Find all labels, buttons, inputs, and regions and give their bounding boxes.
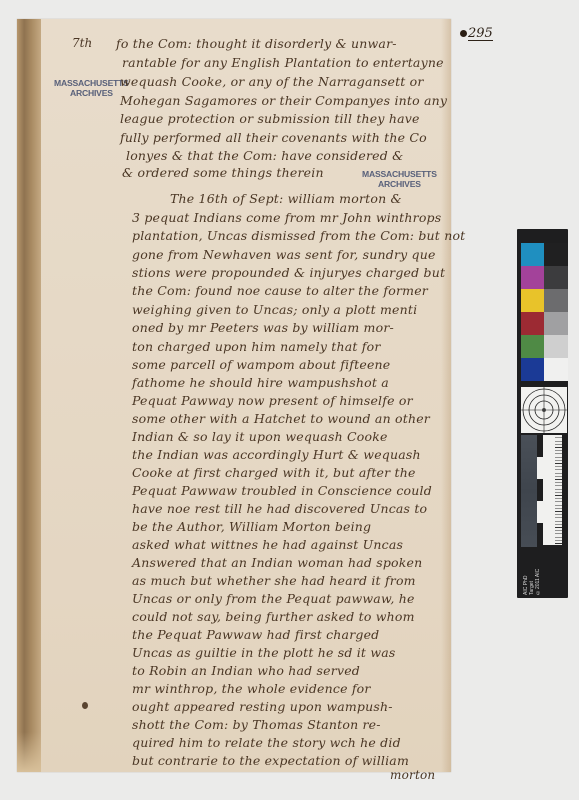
text-line: ought appeared resting upon wampush- <box>132 699 393 714</box>
text-line: Pequat Pawwaw troubled in Conscience cou… <box>132 483 432 498</box>
gray-patch-5 <box>544 335 568 358</box>
stamp-line: ARCHIVES <box>54 88 129 98</box>
gray-patch-6 <box>544 358 568 381</box>
text-line: morton <box>390 768 435 782</box>
ink-blot <box>460 30 467 37</box>
target-label: AIC PhD Target ©2011 AIC <box>523 567 563 595</box>
text-line: fathome he should hire wampushshot a <box>132 375 389 390</box>
gray-patch-2 <box>544 266 568 289</box>
green-patch <box>521 335 545 358</box>
text-line: & ordered some things therein <box>122 165 324 180</box>
text-line: could not say, being further asked to wh… <box>132 609 415 624</box>
text-line: Indian & so lay it upon wequash Cooke <box>132 429 388 444</box>
text-line: quired him to relate the story wch he di… <box>132 735 401 750</box>
archive-stamp-left: MASSACHUSETTS ARCHIVES <box>54 78 129 98</box>
text-line: plantation, Uncas dismissed from the Com… <box>132 228 465 243</box>
text-line: the Indian was accordingly Hurt & wequas… <box>132 447 421 462</box>
margin-note: 7th <box>72 36 92 50</box>
gray-patch-4 <box>544 312 568 335</box>
text-line: as much but whether she had heard it fro… <box>132 573 416 588</box>
text-line: ton charged upon him namely that for <box>132 339 381 354</box>
text-line: Uncas as guiltie in the plott he sd it w… <box>132 645 396 660</box>
text-line: lonyes & that the Com: have considered & <box>126 148 403 163</box>
binding-edge <box>17 19 41 772</box>
text-line: be the Author, William Morton being <box>132 519 371 534</box>
text-line: wequash Cooke, or any of the Narraganset… <box>120 74 424 89</box>
text-line: asked what wittnes he had against Uncas <box>132 537 403 552</box>
text-line: gone from Newhaven was sent for, sundry … <box>132 247 436 262</box>
text-line: league protection or submission till the… <box>120 111 420 126</box>
archive-stamp-right: MASSACHUSETTS ARCHIVES <box>362 169 437 189</box>
cyan-patch <box>521 243 545 266</box>
page-number: 295 <box>468 27 493 41</box>
text-line: rantable for any English Plantation to e… <box>122 55 444 70</box>
gray-patch-1 <box>544 243 568 266</box>
text-line: Answered that an Indian woman had spoken <box>132 555 422 570</box>
mm-scale-ruler <box>543 435 562 545</box>
text-line: the Com: found noe cause to alter the fo… <box>132 283 428 298</box>
text-line: 3 pequat Indians come from mr John winth… <box>132 210 441 225</box>
text-line: Pequat Pawway now present of himselfe or <box>132 393 413 408</box>
text-line: Uncas or only from the Pequat pawwaw, he <box>132 591 415 606</box>
color-calibration-target: AIC PhD Target ©2011 AIC <box>517 229 568 598</box>
text-line: Cooke at first charged with it, but afte… <box>132 465 416 480</box>
text-line: The 16th of Sept: william morton & <box>170 191 402 206</box>
text-line: fully performed all their covenants with… <box>120 130 427 145</box>
stamp-line: ARCHIVES <box>362 179 437 189</box>
text-line: have noe rest till he had discovered Unc… <box>132 501 427 516</box>
stamp-line: MASSACHUSETTS <box>54 78 129 88</box>
bullseye-target-icon <box>521 387 567 433</box>
text-line: to Robin an Indian who had served <box>132 663 360 678</box>
ink-spot <box>82 702 88 709</box>
text-line: stions were propounded & injuryes charge… <box>132 265 445 280</box>
red-patch <box>521 312 545 335</box>
text-line: but contrarie to the expectation of will… <box>132 753 409 768</box>
text-line: weighing given to Uncas; only a plott me… <box>132 302 417 317</box>
text-line: oned by mr Peeters was by william mor- <box>132 320 394 335</box>
text-line: shott the Com: by Thomas Stanton re- <box>132 717 381 732</box>
text-line: mr winthrop, the whole evidence for <box>132 681 371 696</box>
text-line: some parcell of wampom about fifteene <box>132 357 390 372</box>
blue-patch <box>521 358 545 381</box>
stamp-line: MASSACHUSETTS <box>362 169 437 179</box>
yellow-patch <box>521 289 545 312</box>
text-line: Mohegan Sagamores or their Companyes int… <box>120 93 447 108</box>
text-line: the Pequat Pawwaw had first charged <box>132 627 379 642</box>
magenta-patch <box>521 266 545 289</box>
gray-patch-3 <box>544 289 568 312</box>
text-line: fo the Com: thought it disorderly & unwa… <box>116 36 397 51</box>
text-line: some other with a Hatchet to wound an ot… <box>132 411 430 426</box>
glass-strip <box>521 435 537 547</box>
